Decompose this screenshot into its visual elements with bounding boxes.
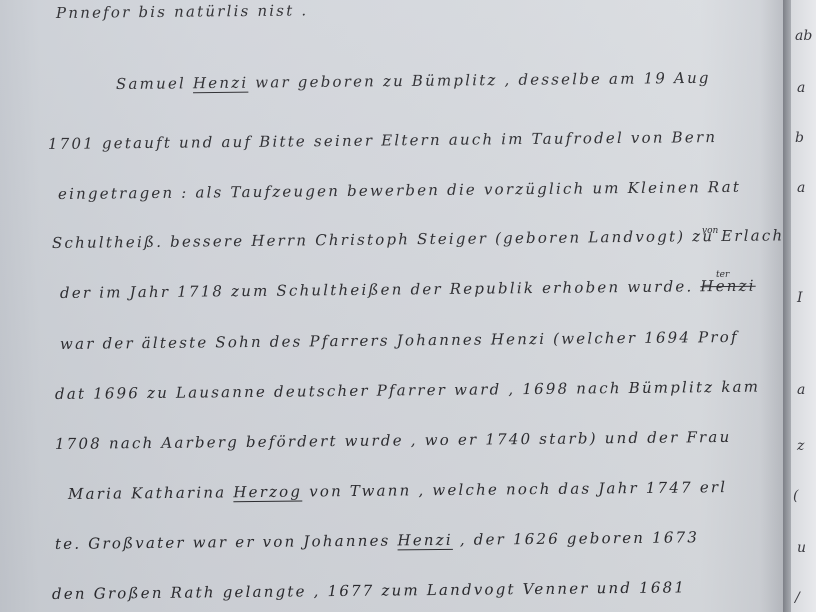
line-text: 1708 nach Aarberg befördert wurde , wo e… bbox=[55, 428, 732, 453]
text-line-1: Pnnefor bis natürlis nist . bbox=[56, 1, 309, 22]
text-line-2: Samuel Henzi war geboren zu Bümplitz , d… bbox=[116, 69, 711, 93]
text-line-8: dat 1696 zu Lausanne deutscher Pfarrer w… bbox=[55, 378, 760, 403]
line-text: 1701 getauft und auf Bitte seiner Eltern… bbox=[48, 128, 717, 153]
line-text-part: Maria Katharina bbox=[68, 483, 233, 503]
interlinear-insertion: von bbox=[702, 226, 718, 236]
line-text: Schultheiß. bessere Herrn Christoph Stei… bbox=[52, 226, 783, 252]
line-text: den Großen Rath gelangte , 1677 zum Land… bbox=[52, 578, 686, 603]
facing-page-fragment: ( bbox=[793, 488, 798, 504]
underlined-name: Herzog bbox=[233, 483, 302, 502]
interlinear-insertion: ter bbox=[716, 270, 729, 280]
facing-page-fragment: I bbox=[797, 290, 803, 306]
text-line-7: war der älteste Sohn des Pfarrers Johann… bbox=[60, 328, 739, 353]
line-text-part: , der 1626 geboren 1673 bbox=[453, 528, 699, 549]
underlined-name: Henzi bbox=[193, 74, 249, 93]
line-text-part: Samuel bbox=[116, 74, 193, 93]
line-text-part: von Twann , welche noch das Jahr 1747 er… bbox=[302, 478, 727, 500]
line-text-part: der im Jahr 1718 zum Schultheißen der Re… bbox=[60, 277, 701, 302]
facing-page-fragment: z bbox=[797, 438, 804, 454]
facing-page-fragment: b bbox=[795, 130, 804, 146]
facing-page-fragment: a bbox=[797, 80, 805, 96]
line-text-part: te. Großvater war er von Johannes bbox=[55, 531, 398, 553]
line-text-part: war geboren zu Bümplitz , desselbe am 19… bbox=[248, 69, 711, 92]
text-line-5: Schultheiß. bessere Herrn Christoph Stei… bbox=[52, 226, 783, 252]
facing-page-fragment: u bbox=[797, 540, 806, 556]
struck-word: Henzi bbox=[700, 277, 756, 296]
manuscript-page: Pnnefor bis natürlis nist . Samuel Henzi… bbox=[0, 0, 783, 612]
text-line-11: te. Großvater war er von Johannes Henzi … bbox=[55, 528, 699, 553]
facing-page-fragment: a bbox=[797, 382, 805, 398]
line-text: Pnnefor bis natürlis nist . bbox=[56, 1, 309, 22]
text-line-4: eingetragen : als Taufzeugen bewerben di… bbox=[58, 178, 741, 203]
facing-page-fragment: / bbox=[795, 590, 800, 606]
line-text: dat 1696 zu Lausanne deutscher Pfarrer w… bbox=[55, 378, 760, 403]
text-line-3: 1701 getauft und auf Bitte seiner Eltern… bbox=[48, 128, 717, 153]
text-line-10: Maria Katharina Herzog von Twann , welch… bbox=[68, 478, 727, 503]
underlined-name: Henzi bbox=[397, 531, 453, 550]
text-line-9: 1708 nach Aarberg befördert wurde , wo e… bbox=[55, 428, 732, 453]
text-line-6: der im Jahr 1718 zum Schultheißen der Re… bbox=[60, 277, 756, 302]
line-text: war der älteste Sohn des Pfarrers Johann… bbox=[60, 328, 739, 353]
facing-page-fragment: a bbox=[797, 180, 805, 196]
facing-page-fragment: ab bbox=[795, 28, 812, 44]
book-gutter bbox=[783, 0, 791, 612]
facing-page-edge: ab a b a I a z ( u / bbox=[791, 0, 816, 612]
text-line-12: den Großen Rath gelangte , 1677 zum Land… bbox=[52, 578, 686, 603]
line-text: eingetragen : als Taufzeugen bewerben di… bbox=[58, 178, 741, 203]
